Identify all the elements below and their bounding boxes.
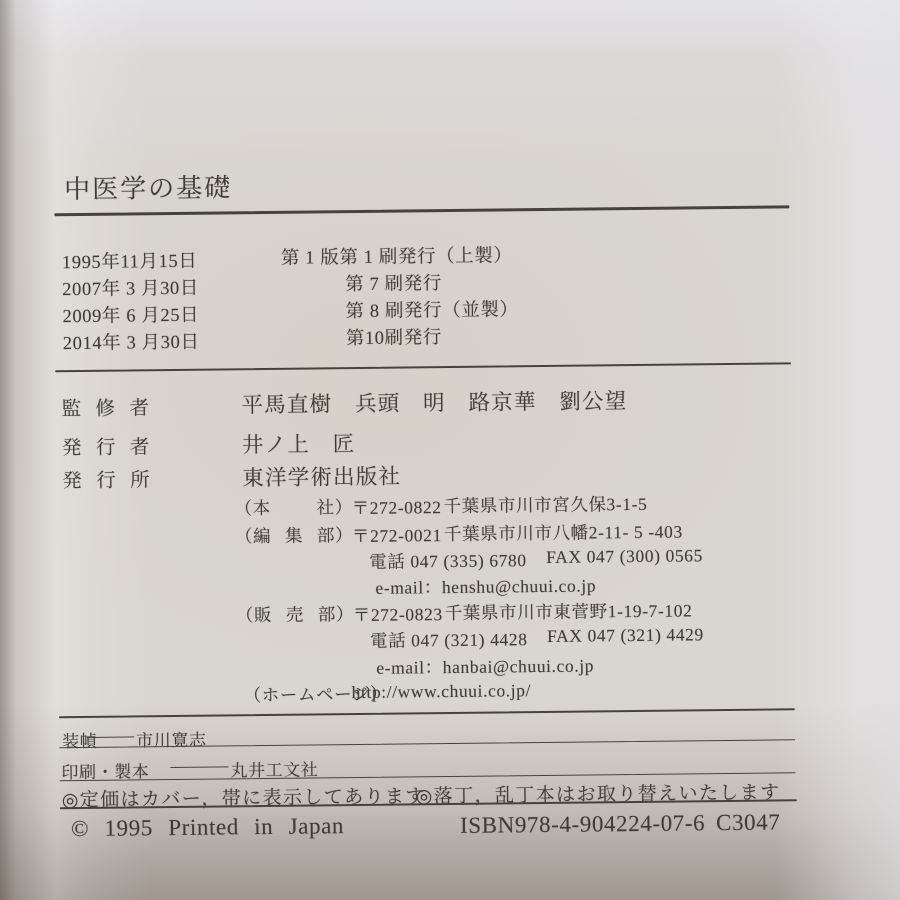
design-leader-line	[87, 736, 134, 738]
editorial-dept-label: （編集部）	[235, 522, 353, 548]
section-divider-rule	[55, 362, 791, 371]
editorial-dept-email: e-mail：henshu@chuui.co.jp	[375, 572, 596, 599]
homepage-url: http://www.chuui.co.jp/	[352, 680, 532, 703]
publisher-person-name: 井ノ上 匠	[242, 427, 356, 459]
sales-dept-phone: 電話 047 (321) 4428	[370, 626, 528, 653]
sales-dept-fax: FAX 047 (321) 4429	[547, 624, 704, 647]
design-name: 市川寛志	[136, 726, 207, 752]
sales-dept-postal: 〒272-0823	[353, 601, 443, 627]
edition-date: 2009年 6 月25日	[62, 301, 199, 328]
book-title: 中医学の基礎	[64, 167, 232, 206]
supervisor-label: 監修者	[61, 392, 149, 421]
supervisor-names: 平馬直樹 兵頭 明 路京華 劉公望	[241, 384, 627, 419]
editorial-dept-postal: 〒272-0021	[352, 522, 442, 548]
publisher-offices: （本社） 〒272-0822 千葉県市川市宮久保3-1-5 （編集部） 〒272…	[0, 0, 895, 5]
publisher-name: 東洋学術出版社	[242, 460, 401, 493]
credits-section: 装幀 市川寛志 印刷・製本 丸井工文社	[0, 0, 895, 5]
head-office-postal: 〒272-0822	[351, 494, 441, 520]
edition-label: 第 7 刷発行	[345, 269, 442, 296]
notices-row: ◎定価はカバー，帯に表示してあります ◎落丁，乱丁本はお取り替えいたします	[0, 0, 895, 5]
sales-dept-address: 千葉県市川市東菅野1-19-7-102	[445, 597, 693, 625]
c-code: C3047	[716, 809, 781, 836]
colophon-page: 中医学の基礎 1995年11月15日 第 1 版第 1 刷発行（上製） 2007…	[0, 0, 900, 900]
editorial-dept-phone: 電話 047 (335) 6780	[369, 547, 527, 574]
edition-date: 1995年11月15日	[62, 247, 198, 274]
title-divider-rule	[54, 205, 789, 215]
book-colophon-photo: 中医学の基礎 1995年11月15日 第 1 版第 1 刷発行（上製） 2007…	[0, 0, 900, 900]
editorial-dept-address: 千葉県市川市八幡2-11- 5 -403	[444, 518, 683, 546]
printing-leader-line	[170, 766, 228, 768]
copyright-line: © 1995 Printed in Japan	[71, 813, 344, 842]
edition-label: 第 1 版第 1 刷発行（上製）	[281, 241, 513, 270]
footer-row: © 1995 Printed in Japan ISBN978-4-904224…	[0, 0, 895, 5]
publisher-person-label: 発行者	[62, 431, 150, 460]
edition-history: 1995年11月15日 第 1 版第 1 刷発行（上製） 2007年 3 月30…	[0, 0, 895, 5]
sales-dept-email: e-mail：hanbai@chuui.co.jp	[376, 652, 594, 679]
publisher-label: 発行所	[62, 464, 150, 493]
head-office-address: 千葉県市川市宮久保3-1-5	[443, 491, 647, 518]
people-section: 監修者 平馬直樹 兵頭 明 路京華 劉公望 発行者 井ノ上 匠 発行所 東洋学術…	[0, 0, 895, 5]
credits-top-rule	[59, 708, 795, 717]
edition-date: 2014年 3 月30日	[63, 328, 200, 355]
editorial-dept-fax: FAX 047 (300) 0565	[546, 545, 703, 568]
design-label: 装幀	[62, 727, 97, 752]
head-office-label: （本社）	[234, 494, 352, 520]
edition-label: 第 8 刷発行（並製）	[345, 295, 518, 323]
edition-date: 2007年 3 月30日	[62, 274, 199, 301]
isbn-number: ISBN978-4-904224-07-6	[460, 810, 705, 839]
sales-dept-label: （販売部）	[236, 601, 354, 627]
edition-label: 第10刷発行	[346, 323, 442, 350]
